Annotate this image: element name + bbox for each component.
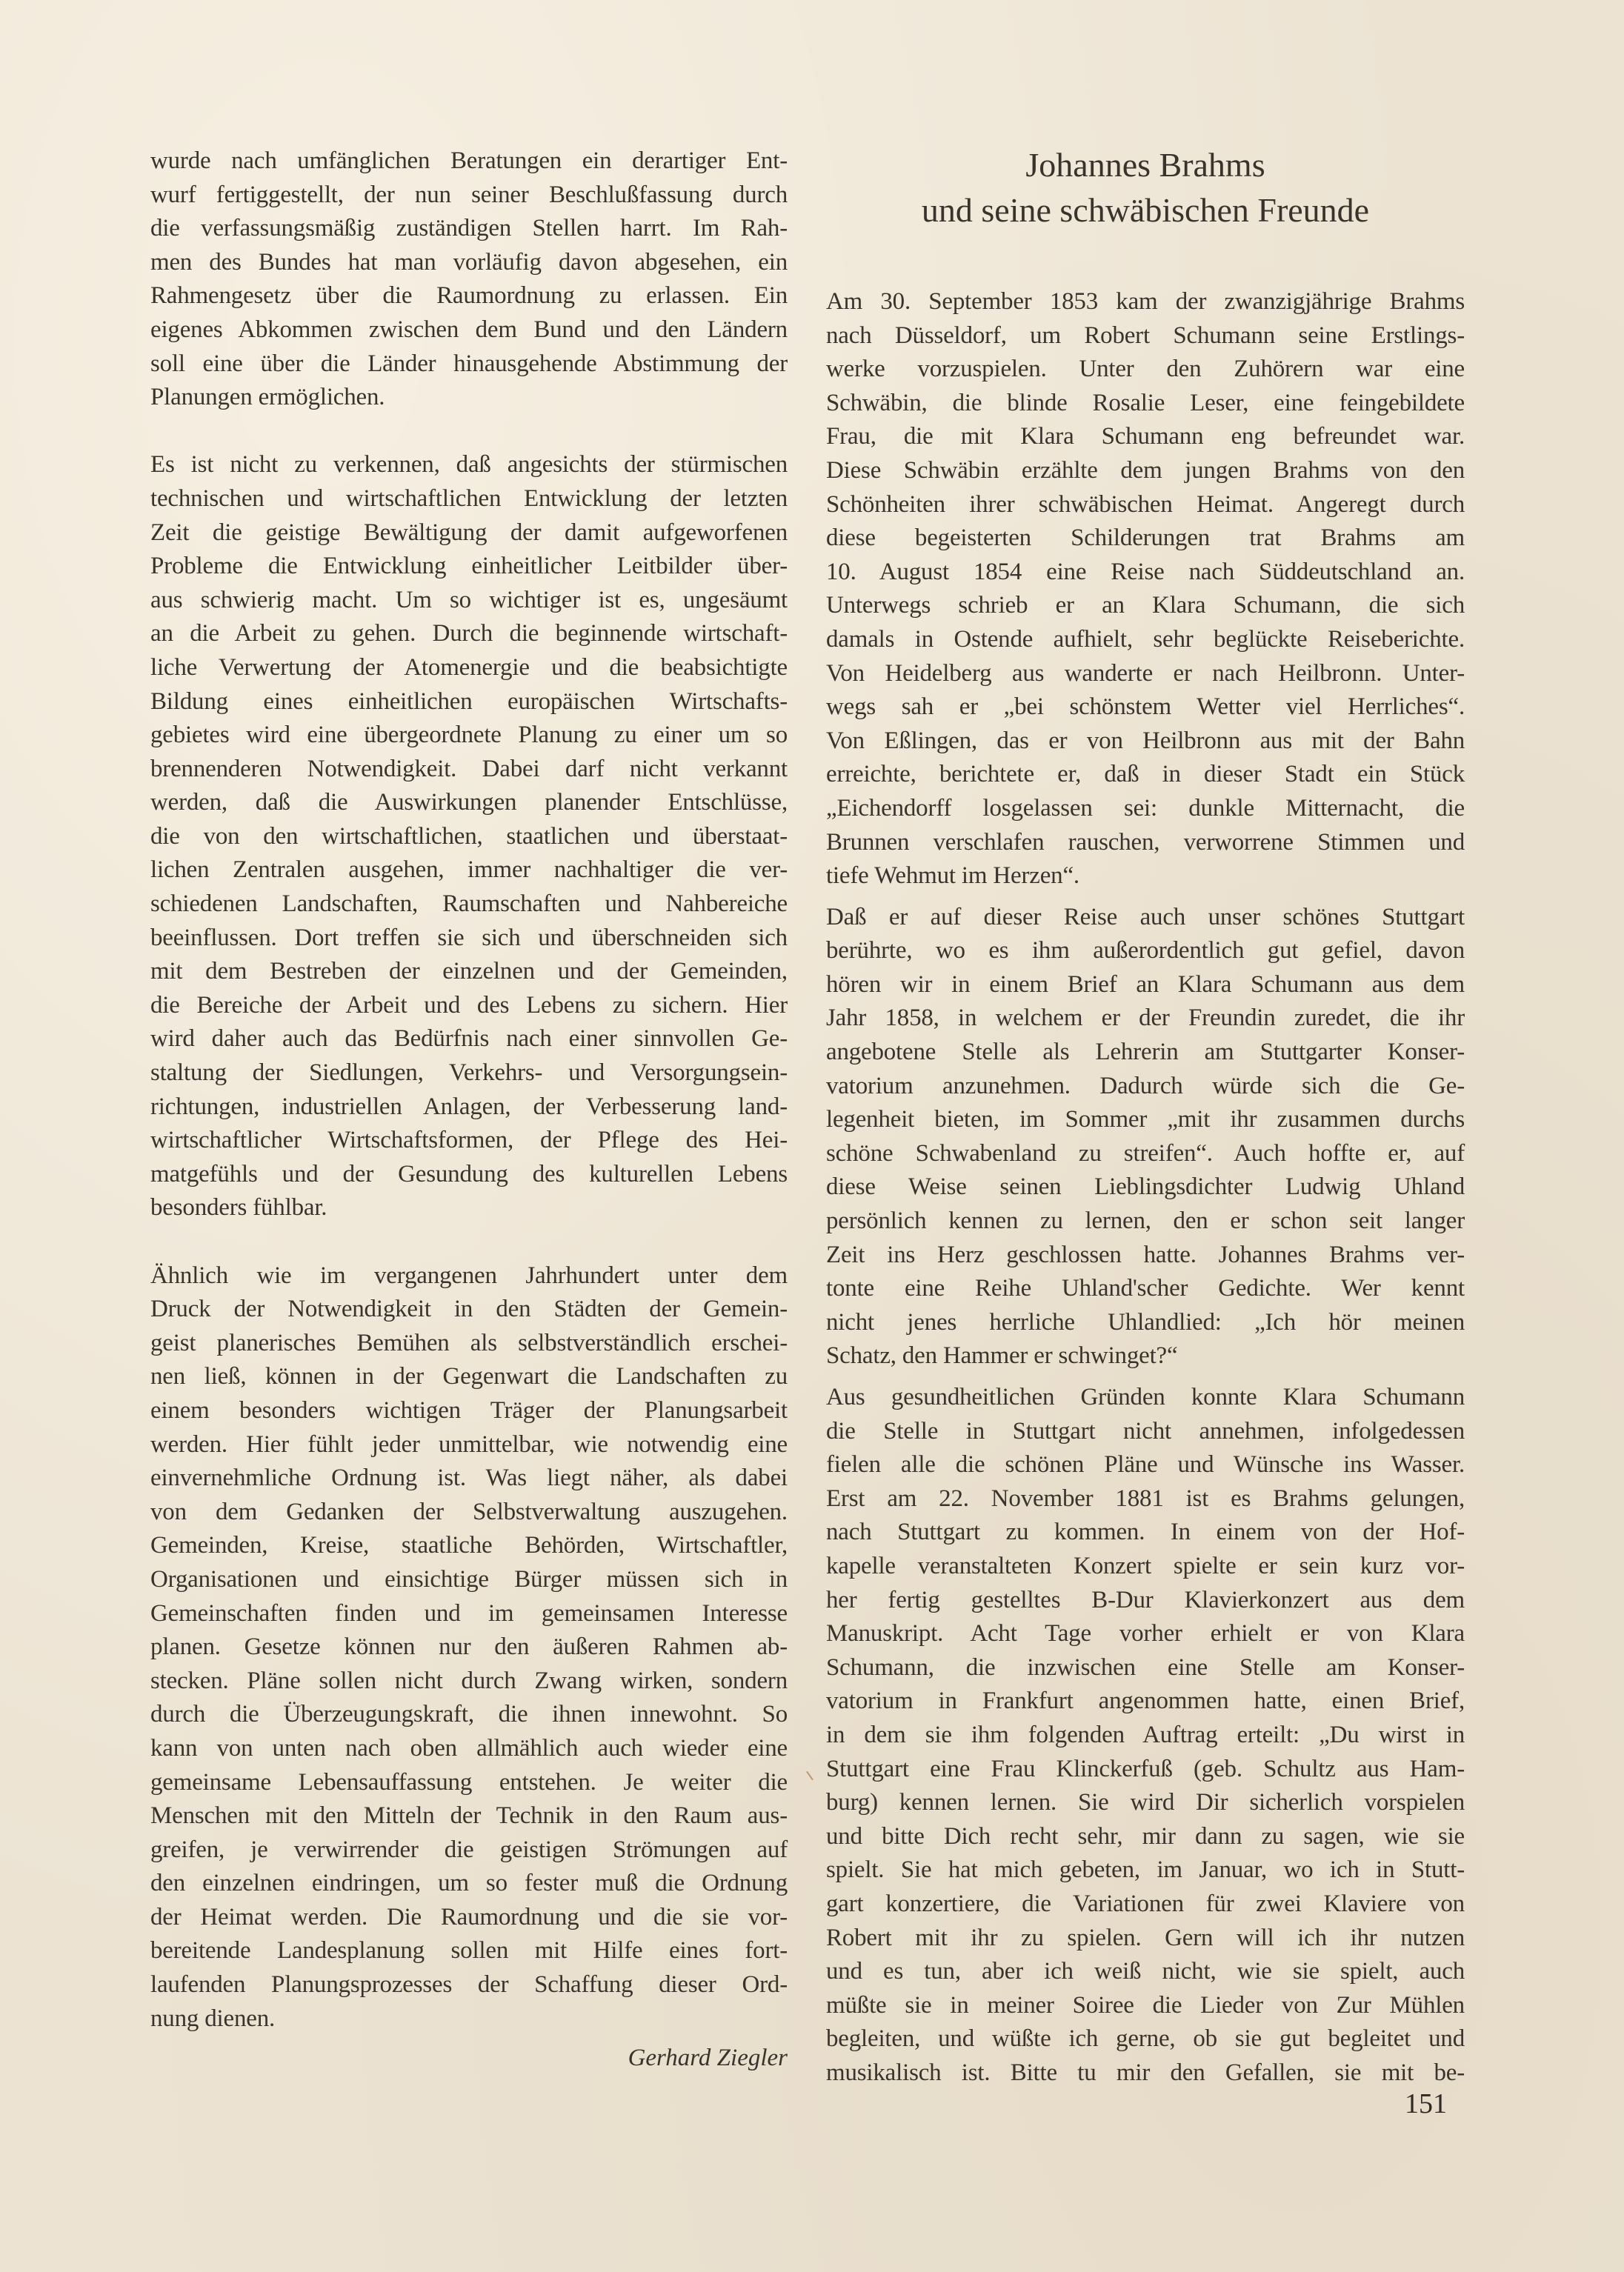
text-line: diese begeisterten Schilderungen trat Br…: [826, 522, 1465, 556]
text-line: geist planerisches Bemühen als selbstver…: [150, 1327, 788, 1361]
left-paragraph-1: wurde nach umfänglichen Beratungen ein d…: [150, 144, 788, 415]
text-line: berührte, wo es ihm außerordentlich gut …: [826, 934, 1465, 968]
text-line: soll eine über die Länder hinausgehende …: [150, 347, 788, 382]
text-line: die von den wirtschaftlichen, staatliche…: [150, 820, 788, 854]
article-title-line-1: Johannes Brahms: [826, 145, 1465, 184]
left-paragraph-3: Ähnlich wie im vergangenen Jahrhundert u…: [150, 1259, 788, 2036]
text-line: persönlich kennen zu lernen, den er scho…: [826, 1205, 1465, 1239]
text-line: beeinflussen. Dort treffen sie sich und …: [150, 922, 788, 956]
text-line: schöne Schwabenland zu streifen“. Auch h…: [826, 1137, 1465, 1171]
text-line: aus schwierig macht. Um so wichtiger ist…: [150, 584, 788, 618]
text-line: musikalisch ist. Bitte tu mir den Gefall…: [826, 2056, 1465, 2091]
text-line: der Heimat werden. Die Raumordnung und d…: [150, 1901, 788, 1935]
text-line: werden. Hier fühlt jeder unmittelbar, wi…: [150, 1428, 788, 1462]
text-line: besonders fühlbar.: [150, 1191, 788, 1225]
paragraph-spacer: [150, 415, 788, 449]
paragraph-spacer: [826, 1373, 1465, 1381]
text-line: wirtschaftlicher Wirtschaftsformen, der …: [150, 1124, 788, 1158]
text-line: burg) kennen lernen. Sie wird Dir sicher…: [826, 1786, 1465, 1820]
article-title-line-2: und seine schwäbischen Freunde: [826, 190, 1465, 230]
text-line: von dem Gedanken der Selbstverwaltung au…: [150, 1496, 788, 1530]
text-line: die Bereiche der Arbeit und des Lebens z…: [150, 989, 788, 1023]
text-line: greifen, je verwirrender die geistigen S…: [150, 1833, 788, 1868]
document-page: wurde nach umfänglichen Beratungen ein d…: [0, 0, 1624, 2272]
text-line: „Eichendorff losgelassen sei: dunkle Mit…: [826, 792, 1465, 826]
text-line: kann von unten nach oben allmählich auch…: [150, 1732, 788, 1766]
text-line: einvernehmliche Ordnung ist. Was liegt n…: [150, 1462, 788, 1496]
text-line: Zeit die geistige Bewältigung der damit …: [150, 516, 788, 550]
text-line: gebietes wird eine übergeordnete Planung…: [150, 719, 788, 753]
text-line: müßte sie in meiner Soiree die Lieder vo…: [826, 1989, 1465, 2023]
text-line: Unterwegs schrieb er an Klara Schumann, …: [826, 589, 1465, 623]
paragraph-spacer: [150, 1225, 788, 1259]
text-line: liche Verwertung der Atomenergie und die…: [150, 651, 788, 685]
text-line: an die Arbeit zu gehen. Durch die beginn…: [150, 617, 788, 651]
text-line: wurf fertiggestellt, der nun seiner Besc…: [150, 179, 788, 213]
text-line: Jahr 1858, in welchem er der Freundin zu…: [826, 1002, 1465, 1036]
text-line: brennenderen Notwendigkeit. Dabei darf n…: [150, 753, 788, 787]
text-line: Schumann, die inzwischen eine Stelle am …: [826, 1651, 1465, 1685]
text-line: richtungen, industriellen Anlagen, der V…: [150, 1090, 788, 1125]
text-line: Erst am 22. November 1881 ist es Brahms …: [826, 1482, 1465, 1516]
text-line: Brunnen verschlafen rauschen, verworrene…: [826, 826, 1465, 860]
right-paragraph-1: Am 30. September 1853 kam der zwanzigjäh…: [826, 285, 1465, 893]
text-line: tiefe Wehmut im Herzen“.: [826, 859, 1465, 893]
text-line: nach Stuttgart zu kommen. In einem von d…: [826, 1516, 1465, 1550]
text-line: vatorium anzunehmen. Dadurch würde sich …: [826, 1070, 1465, 1104]
paragraph-spacer: [826, 893, 1465, 901]
text-line: lichen Zentralen ausgehen, immer nachhal…: [150, 853, 788, 887]
text-line: Organisationen und einsichtige Bürger mü…: [150, 1563, 788, 1597]
text-line: Gemeinschaften finden und im gemeinsamen…: [150, 1597, 788, 1631]
text-line: Stuttgart eine Frau Klinckerfuß (geb. Sc…: [826, 1753, 1465, 1787]
text-line: matgefühls und der Gesundung des kulture…: [150, 1158, 788, 1192]
text-line: nung dienen.: [150, 2002, 788, 2036]
text-line: werke vorzuspielen. Unter den Zuhörern w…: [826, 353, 1465, 387]
text-line: Bildung eines einheitlichen europäischen…: [150, 685, 788, 719]
text-line: angebotene Stelle als Lehrerin am Stuttg…: [826, 1036, 1465, 1070]
page-number: 151: [1405, 2088, 1447, 2120]
text-line: gart konzertiere, die Variationen für zw…: [826, 1888, 1465, 1922]
right-paragraph-2: Daß er auf dieser Reise auch unser schön…: [826, 901, 1465, 1373]
right-column: Am 30. September 1853 kam der zwanzigjäh…: [826, 285, 1465, 2090]
text-line: Probleme die Entwicklung einheitlicher L…: [150, 550, 788, 584]
text-line: legenheit bieten, im Sommer „mit ihr zus…: [826, 1103, 1465, 1137]
text-line: und es tun, aber ich weiß nicht, wie sie…: [826, 1955, 1465, 1989]
text-line: Von Eßlingen, das er von Heilbronn aus m…: [826, 724, 1465, 759]
text-line: tonte eine Reihe Uhland'scher Gedichte. …: [826, 1272, 1465, 1306]
text-line: einem besonders wichtigen Träger der Pla…: [150, 1394, 788, 1428]
text-line: spielt. Sie hat mich gebeten, im Januar,…: [826, 1853, 1465, 1888]
text-line: Planungen ermöglichen.: [150, 381, 788, 415]
text-line: Zeit ins Herz geschlossen hatte. Johanne…: [826, 1239, 1465, 1273]
text-line: Manuskript. Acht Tage vorher erhielt er …: [826, 1617, 1465, 1651]
text-line: nen ließ, können in der Gegenwart die La…: [150, 1360, 788, 1394]
text-line: planen. Gesetze können nur den äußeren R…: [150, 1630, 788, 1665]
text-line: schiedenen Landschaften, Raumschaften un…: [150, 887, 788, 922]
text-line: wegs sah er „bei schönstem Wetter viel H…: [826, 690, 1465, 724]
text-line: hören wir in einem Brief an Klara Schuma…: [826, 968, 1465, 1002]
text-line: werden, daß die Auswirkungen planender E…: [150, 786, 788, 820]
text-line: technischen und wirtschaftlichen Entwick…: [150, 482, 788, 516]
text-line: erreichte, berichtete er, daß in dieser …: [826, 758, 1465, 792]
text-line: Schatz, den Hammer er schwinget?“: [826, 1339, 1465, 1373]
text-line: vatorium in Frankfurt angenommen hatte, …: [826, 1685, 1465, 1719]
author-signature: Gerhard Ziegler: [150, 2042, 788, 2076]
text-line: her fertig gestelltes B-Dur Klavierkonze…: [826, 1584, 1465, 1618]
text-line: eigenes Abkommen zwischen dem Bund und d…: [150, 313, 788, 347]
text-line: Diese Schwäbin erzählte dem jungen Brahm…: [826, 454, 1465, 488]
text-line: Gemeinden, Kreise, staatliche Behörden, …: [150, 1529, 788, 1563]
text-line: Am 30. September 1853 kam der zwanzigjäh…: [826, 285, 1465, 319]
text-line: mit dem Bestreben der einzelnen und der …: [150, 955, 788, 989]
text-line: Druck der Notwendigkeit in den Städten d…: [150, 1293, 788, 1327]
text-line: Es ist nicht zu verkennen, daß angesicht…: [150, 448, 788, 482]
text-line: Ähnlich wie im vergangenen Jahrhundert u…: [150, 1259, 788, 1293]
text-line: Menschen mit den Mitteln der Technik in …: [150, 1799, 788, 1833]
text-line: bereitende Landesplanung sollen mit Hilf…: [150, 1934, 788, 1968]
text-line: in dem sie ihm folgenden Auftrag erteilt…: [826, 1719, 1465, 1753]
text-line: Von Heidelberg aus wanderte er nach Heil…: [826, 657, 1465, 691]
text-line: nicht jenes herrliche Uhlandlied: „Ich h…: [826, 1306, 1465, 1340]
text-line: staltung der Siedlungen, Verkehrs- und V…: [150, 1056, 788, 1090]
left-column: wurde nach umfänglichen Beratungen ein d…: [150, 144, 788, 2076]
text-line: diese Weise seinen Lieblingsdichter Ludw…: [826, 1170, 1465, 1205]
text-line: Schönheiten ihrer schwäbischen Heimat. A…: [826, 488, 1465, 522]
text-line: men des Bundes hat man vorläufig davon a…: [150, 246, 788, 280]
text-line: Daß er auf dieser Reise auch unser schön…: [826, 901, 1465, 935]
text-line: Aus gesundheitlichen Gründen konnte Klar…: [826, 1381, 1465, 1415]
text-line: damals in Ostende aufhielt, sehr beglück…: [826, 623, 1465, 657]
text-line: 10. August 1854 eine Reise nach Süddeuts…: [826, 556, 1465, 590]
text-line: die verfassungsmäßig zuständigen Stellen…: [150, 212, 788, 246]
text-line: Frau, die mit Klara Schumann eng befreun…: [826, 420, 1465, 454]
right-paragraph-3: Aus gesundheitlichen Gründen konnte Klar…: [826, 1381, 1465, 2090]
text-line: Schwäbin, die blinde Rosalie Leser, eine…: [826, 387, 1465, 421]
text-line: laufenden Planungsprozesses der Schaffun…: [150, 1968, 788, 2002]
text-line: stecken. Pläne sollen nicht durch Zwang …: [150, 1665, 788, 1699]
text-line: Robert mit ihr zu spielen. Gern will ich…: [826, 1922, 1465, 1956]
print-blemish: [806, 1771, 813, 1781]
text-line: Rahmengesetz über die Raumordnung zu erl…: [150, 279, 788, 313]
text-line: durch die Überzeugungskraft, die ihnen i…: [150, 1698, 788, 1732]
text-line: und bitte Dich recht sehr, mir dann zu s…: [826, 1820, 1465, 1854]
text-line: kapelle veranstalteten Konzert spielte e…: [826, 1550, 1465, 1584]
text-line: wurde nach umfänglichen Beratungen ein d…: [150, 144, 788, 179]
text-line: gemeinsame Lebensauffassung entstehen. J…: [150, 1766, 788, 1800]
text-line: begleiten, und wüßte ich gerne, ob sie g…: [826, 2022, 1465, 2056]
left-paragraph-2: Es ist nicht zu verkennen, daß angesicht…: [150, 448, 788, 1225]
text-line: die Stelle in Stuttgart nicht annehmen, …: [826, 1415, 1465, 1449]
text-line: wird daher auch das Bedürfnis nach einer…: [150, 1022, 788, 1056]
text-line: fielen alle die schönen Pläne und Wünsch…: [826, 1448, 1465, 1482]
text-line: den einzelnen eindringen, um so fester m…: [150, 1867, 788, 1901]
text-line: nach Düsseldorf, um Robert Schumann sein…: [826, 319, 1465, 353]
